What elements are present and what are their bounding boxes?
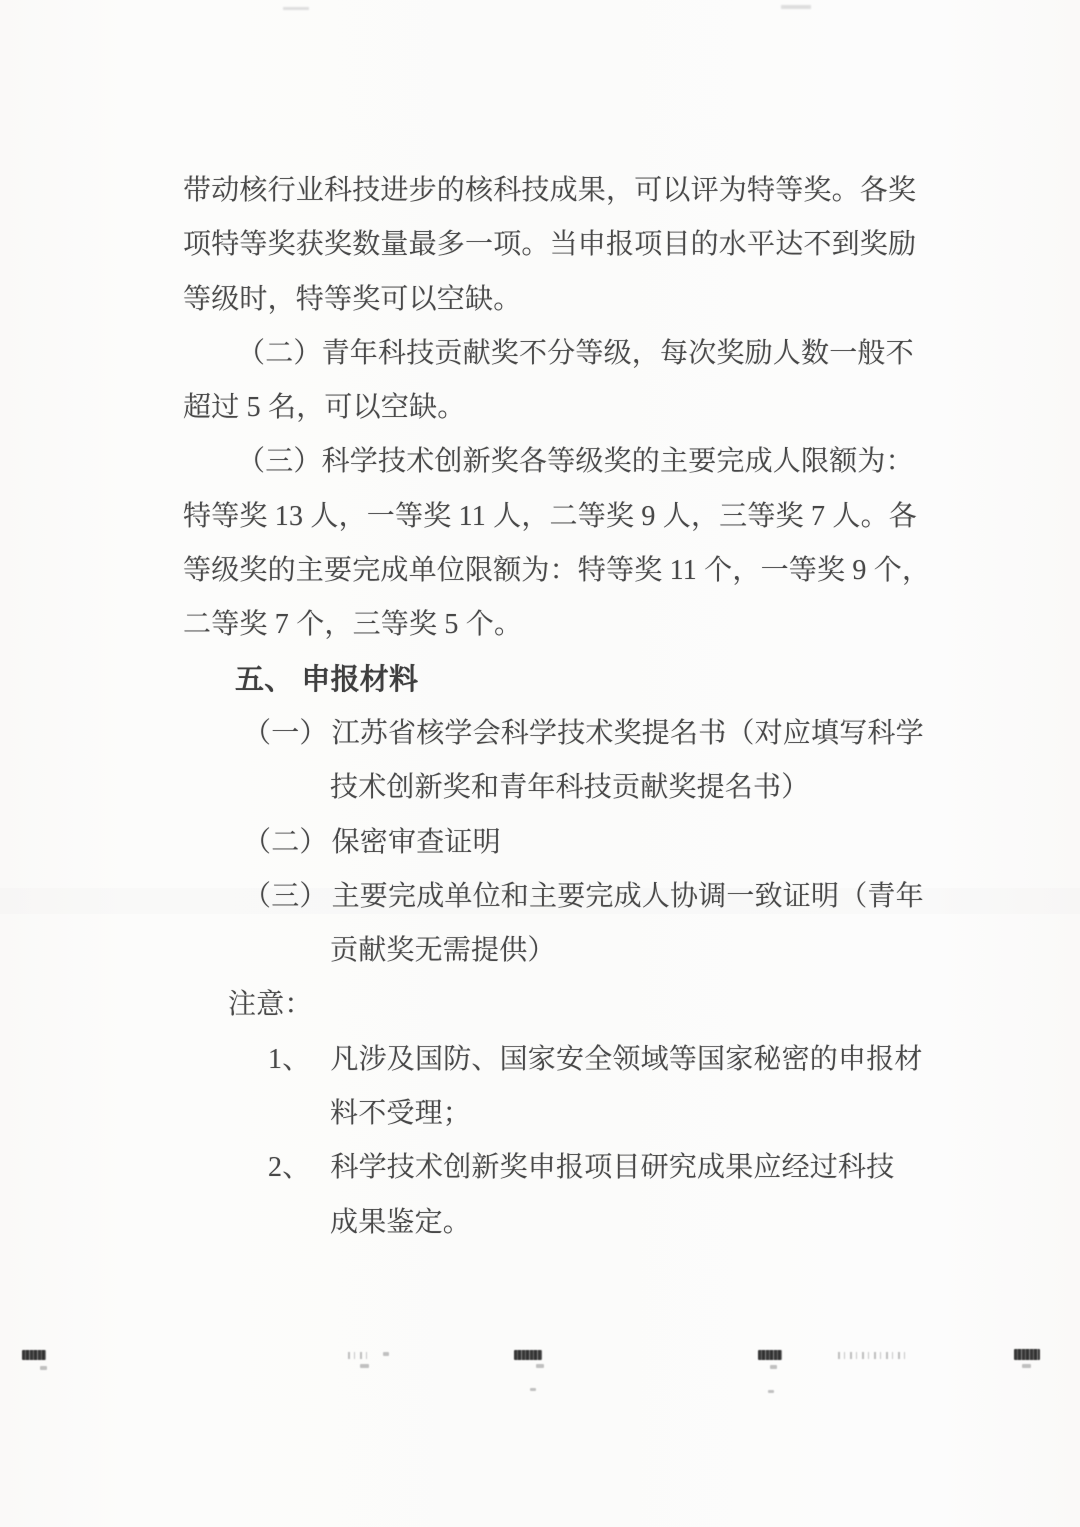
list-marker: （二） bbox=[243, 816, 328, 870]
paragraph-youth-award-line: 超过 5 名，可以空缺。 bbox=[183, 381, 923, 435]
scan-artifact bbox=[360, 1364, 369, 1368]
list-item-nomination-book: （一）江苏省核学会科学技术奖提名书（对应填写科学 bbox=[243, 707, 923, 761]
section-title: 申报材料 bbox=[301, 664, 418, 696]
list-marker: （一） bbox=[243, 707, 328, 761]
scan-artifact bbox=[383, 1352, 389, 1356]
list-marker: （三） bbox=[243, 870, 328, 924]
note-item-number: 1、 bbox=[268, 1033, 310, 1087]
scan-artifact bbox=[514, 1350, 542, 1360]
scan-artifact bbox=[768, 1390, 774, 1393]
note-item-1-continuation: 料不受理； bbox=[330, 1087, 923, 1141]
note-item-text: 科学技术创新奖申报项目研究成果应经过科技 bbox=[330, 1152, 894, 1183]
paragraph-special-prize-line: 带动核行业科技进步的核科技成果，可以评为特等奖。各奖 bbox=[183, 164, 923, 218]
scan-artifact bbox=[781, 5, 811, 9]
list-item-text: 江苏省核学会科学技术奖提名书（对应填写科学 bbox=[332, 718, 924, 749]
paragraph-special-prize-line: 项特等奖获奖数量最多一项。当申报项目的水平达不到奖励 bbox=[183, 218, 923, 272]
list-item-text: 保密审查证明 bbox=[332, 827, 501, 858]
scan-artifact bbox=[1014, 1349, 1040, 1360]
paragraph-special-prize-line: 等级时，特等奖可以空缺。 bbox=[183, 273, 923, 327]
scan-artifact bbox=[838, 1352, 910, 1359]
note-item-1: 1、凡涉及国防、国家安全领域等国家秘密的申报材 bbox=[268, 1033, 923, 1087]
scan-artifact bbox=[530, 1388, 536, 1391]
paragraph-youth-award-line: （二）青年科技贡献奖不分等级，每次奖励人数一般不 bbox=[237, 327, 923, 381]
scan-artifact bbox=[1022, 1364, 1031, 1368]
scanned-document-page: 带动核行业科技进步的核科技成果，可以评为特等奖。各奖 项特等奖获奖数量最多一项。… bbox=[0, 0, 1080, 1527]
scan-artifact bbox=[770, 1365, 777, 1369]
scan-artifact bbox=[348, 1352, 370, 1359]
scan-artifact bbox=[22, 1350, 46, 1360]
section-number: 五、 bbox=[235, 653, 293, 707]
note-item-text: 凡涉及国防、国家安全领域等国家秘密的申报材 bbox=[330, 1044, 922, 1075]
paragraph-innovation-award-line: （三）科学技术创新奖各等级奖的主要完成人限额为： bbox=[237, 435, 923, 489]
section-heading-application-materials: 五、申报材料 bbox=[235, 653, 923, 707]
note-item-2: 2、科学技术创新奖申报项目研究成果应经过科技 bbox=[268, 1141, 923, 1195]
list-item-nomination-book-continuation: 技术创新奖和青年科技贡献奖提名书） bbox=[330, 761, 923, 815]
document-body: 带动核行业科技进步的核科技成果，可以评为特等奖。各奖 项特等奖获奖数量最多一项。… bbox=[183, 164, 923, 1250]
note-item-2-continuation: 成果鉴定。 bbox=[330, 1196, 923, 1250]
scan-artifact bbox=[40, 1366, 47, 1370]
note-item-number: 2、 bbox=[268, 1141, 310, 1195]
scan-artifact bbox=[536, 1364, 544, 1368]
list-item-coordination-certificate-continuation: 贡献奖无需提供） bbox=[330, 924, 923, 978]
paragraph-innovation-award-line: 等级奖的主要完成单位限额为：特等奖 11 个，一等奖 9 个， bbox=[183, 544, 923, 598]
paragraph-innovation-award-line: 二等奖 7 个，三等奖 5 个。 bbox=[183, 598, 923, 652]
list-item-text: 主要完成单位和主要完成人协调一致证明（青年 bbox=[332, 881, 924, 912]
scan-artifact bbox=[758, 1350, 782, 1360]
list-item-confidentiality-certificate: （二）保密审查证明 bbox=[243, 816, 923, 870]
scan-artifact bbox=[283, 7, 309, 10]
list-item-coordination-certificate: （三）主要完成单位和主要完成人协调一致证明（青年 bbox=[243, 870, 923, 924]
paragraph-innovation-award-line: 特等奖 13 人，一等奖 11 人，二等奖 9 人，三等奖 7 人。各 bbox=[183, 490, 923, 544]
note-label: 注意： bbox=[228, 978, 923, 1032]
